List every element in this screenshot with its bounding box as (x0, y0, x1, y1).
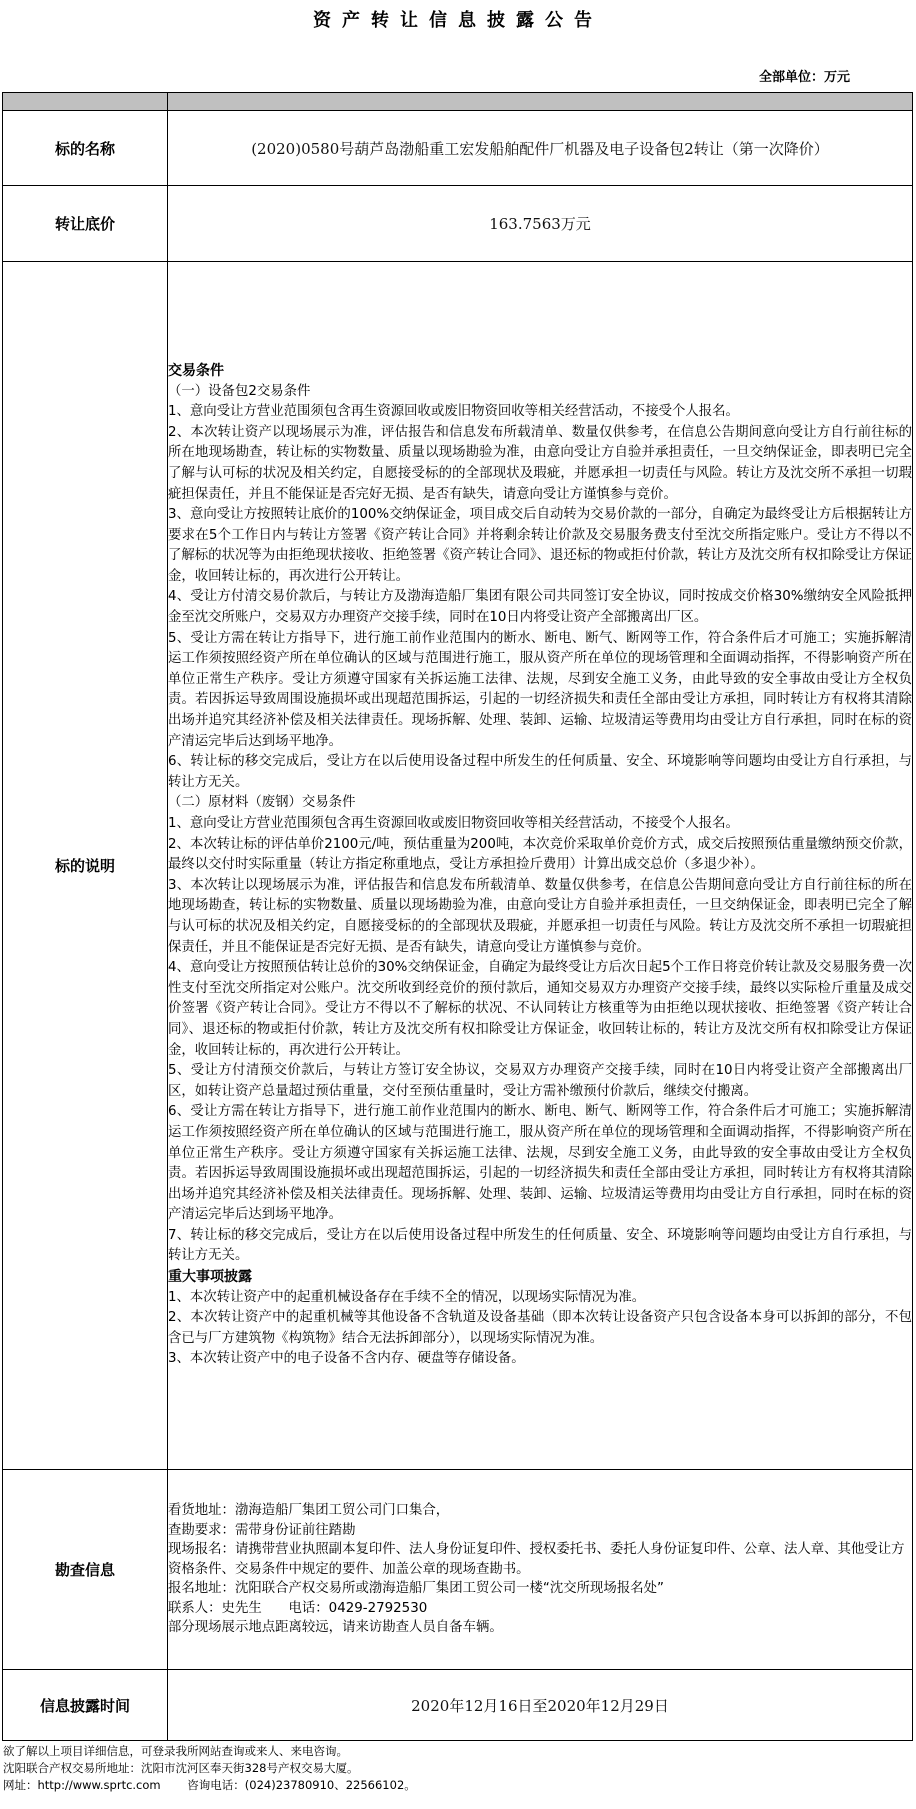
section-2-title: （二）原材料（废钢）交易条件 (168, 793, 912, 814)
section-1-item: 2、本次转让资产以现场展示为准，评估报告和信息发布所载清单、数量仅供参考，在信息… (168, 423, 912, 505)
section-1-item: 1、意向受让方营业范围须包含再生资源回收或废旧物资回收等相关经营活动，不接受个人… (168, 402, 912, 423)
survey-line: 部分现场展示地点距离较远，请来访勘查人员自备车辆。 (168, 1618, 912, 1638)
reserve-price-value: 163.7563万元 (168, 186, 913, 262)
section-2-item: 4、意向受让方按照预估转让总价的30%交纳保证金，自确定为最终受让方后次日起5个… (168, 958, 912, 1061)
section-1-item: 3、意向受让方按照转让底价的100%交纳保证金，项目成交后自动转为交易价款的一部… (168, 505, 912, 587)
survey-line: 查勘要求：需带身份证前往踏勘 (168, 1521, 912, 1541)
subject-name-value: (2020)0580号葫芦岛渤船重工宏发船舶配件厂机器及电子设备包2转让（第一次… (168, 111, 913, 186)
section-1-item: 5、受让方需在转让方指导下，进行施工前作业范围内的断水、断电、断气、断网等工作，… (168, 629, 912, 753)
label-description: 标的说明 (3, 262, 168, 1470)
table-header-band (3, 93, 913, 111)
row-reserve-price: 转让底价 163.7563万元 (3, 186, 913, 262)
row-description: 标的说明 交易条件 （一）设备包2交易条件 1、意向受让方营业范围须包含再生资源… (3, 262, 913, 1470)
footer-contact: 欲了解以上项目详细信息，可登录我所网站查询或来人、来电咨询。 沈阳联合产权交易所… (3, 1743, 416, 1794)
description-content: 交易条件 （一）设备包2交易条件 1、意向受让方营业范围须包含再生资源回收或废旧… (168, 262, 913, 1470)
section-1-item: 6、转让标的移交完成后，受让方在以后使用设备过程中所发生的任何质量、安全、环境影… (168, 752, 912, 793)
label-disclosure-period: 信息披露时间 (3, 1670, 168, 1741)
header-cell-right (168, 93, 913, 111)
survey-line: 联系人：史先生 电话：0429-2792530 (168, 1599, 912, 1619)
survey-info-content: 看货地址：渤海造船厂集团工贸公司门口集合， 查勘要求：需带身份证前往踏勘 现场报… (168, 1470, 913, 1670)
survey-line: 报名地址：沈阳联合产权交易所或渤海造船厂集团工贸公司一楼“沈交所现场报名处” (168, 1579, 912, 1599)
survey-line: 现场报名：请携带营业执照副本复印件、法人身份证复印件、授权委托书、委托人身份证复… (168, 1540, 912, 1579)
section-2-item: 5、受让方付清预交价款后，与转让方签订安全协议，交易双方办理资产交接手续，同时在… (168, 1061, 912, 1102)
label-reserve-price: 转让底价 (3, 186, 168, 262)
section-2-item: 6、受让方需在转让方指导下，进行施工前作业范围内的断水、断电、断气、断网等工作，… (168, 1102, 912, 1226)
label-survey-info: 勘查信息 (3, 1470, 168, 1670)
section-1-title: （一）设备包2交易条件 (168, 382, 912, 403)
page-title: 资产转让信息披露公告 (0, 6, 916, 32)
heading-trade-conditions: 交易条件 (168, 361, 912, 382)
section-2-item: 7、转让标的移交完成后，受让方在以后使用设备过程中所发生的任何质量、安全、环境影… (168, 1226, 912, 1267)
footer-line-address: 沈阳联合产权交易所地址：沈阳市沈河区奉天街328号产权交易大厦。 (3, 1760, 416, 1777)
disclosure-item: 3、本次转让资产中的电子设备不含内存、硬盘等存储设备。 (168, 1349, 912, 1370)
footer-line-website-phone: 网址：http://www.sprtc.com 咨询电话：(024)237809… (3, 1777, 416, 1794)
row-subject-name: 标的名称 (2020)0580号葫芦岛渤船重工宏发船舶配件厂机器及电子设备包2转… (3, 111, 913, 186)
unit-note: 全部单位：万元 (759, 66, 850, 85)
survey-line: 看货地址：渤海造船厂集团工贸公司门口集合， (168, 1501, 912, 1521)
disclosure-period-value: 2020年12月16日至2020年12月29日 (168, 1670, 913, 1741)
label-subject-name: 标的名称 (3, 111, 168, 186)
section-2-item: 3、本次转让以现场展示为准，评估报告和信息发布所载清单、数量仅供参考，在信息公告… (168, 876, 912, 958)
footer-line-inquiry: 欲了解以上项目详细信息，可登录我所网站查询或来人、来电咨询。 (3, 1743, 416, 1760)
disclosure-item: 2、本次转让资产中的起重机械等其他设备不含轨道及设备基础（即本次转让设备资产只包… (168, 1308, 912, 1349)
row-disclosure-period: 信息披露时间 2020年12月16日至2020年12月29日 (3, 1670, 913, 1741)
section-2-item: 1、意向受让方营业范围须包含再生资源回收或废旧物资回收等相关经营活动，不接受个人… (168, 814, 912, 835)
header-cell-left (3, 93, 168, 111)
section-1-item: 4、受让方付清交易价款后，与转让方及渤海造船厂集团有限公司共同签订安全协议，同时… (168, 587, 912, 628)
heading-major-disclosure: 重大事项披露 (168, 1267, 912, 1288)
disclosure-table: 标的名称 (2020)0580号葫芦岛渤船重工宏发船舶配件厂机器及电子设备包2转… (2, 92, 913, 1741)
section-2-item: 2、本次转让标的评估单价2100元/吨，预估重量为200吨，本次竞价采取单价竞价… (168, 835, 912, 876)
disclosure-item: 1、本次转让资产中的起重机械设备存在手续不全的情况，以现场实际情况为准。 (168, 1288, 912, 1309)
row-survey-info: 勘查信息 看货地址：渤海造船厂集团工贸公司门口集合， 查勘要求：需带身份证前往踏… (3, 1470, 913, 1670)
